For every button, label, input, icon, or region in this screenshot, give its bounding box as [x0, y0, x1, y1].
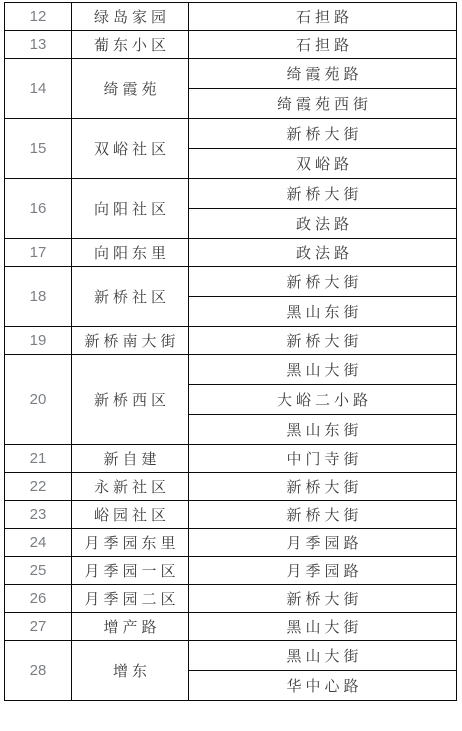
road-name-cell: 黑山大街 [189, 613, 457, 641]
row-number-cell: 19 [5, 327, 72, 355]
road-name-cell: 石担路 [189, 3, 457, 31]
road-name-cell: 绮霞苑西街 [189, 89, 457, 119]
table-row: 14绮霞苑绮霞苑路 [5, 59, 457, 89]
road-name-cell: 黑山大街 [189, 355, 457, 385]
row-number-cell: 17 [5, 239, 72, 267]
row-number-cell: 21 [5, 445, 72, 473]
table-row: 15双峪社区新桥大街 [5, 119, 457, 149]
road-name-cell: 绮霞苑路 [189, 59, 457, 89]
row-number-cell: 13 [5, 31, 72, 59]
community-name-cell: 永新社区 [72, 473, 189, 501]
community-name-cell: 葡东小区 [72, 31, 189, 59]
table-row: 24月季园东里月季园路 [5, 529, 457, 557]
community-name-cell: 月季园东里 [72, 529, 189, 557]
road-name-cell: 新桥大街 [189, 179, 457, 209]
road-name-cell: 华中心路 [189, 671, 457, 701]
community-name-cell: 向阳社区 [72, 179, 189, 239]
table-row: 20新桥西区黑山大街 [5, 355, 457, 385]
community-name-cell: 向阳东里 [72, 239, 189, 267]
row-number-cell: 18 [5, 267, 72, 327]
table-row: 21新自建中门寺街 [5, 445, 457, 473]
row-number-cell: 14 [5, 59, 72, 119]
community-name-cell: 绿岛家园 [72, 3, 189, 31]
road-name-cell: 新桥大街 [189, 585, 457, 613]
table-row: 26月季园二区新桥大街 [5, 585, 457, 613]
document-page: 12绿岛家园石担路13葡东小区石担路14绮霞苑绮霞苑路绮霞苑西街15双峪社区新桥… [0, 0, 462, 701]
road-name-cell: 新桥大街 [189, 267, 457, 297]
table-row: 18新桥社区新桥大街 [5, 267, 457, 297]
table-row: 23峪园社区新桥大街 [5, 501, 457, 529]
table-row: 12绿岛家园石担路 [5, 3, 457, 31]
community-name-cell: 双峪社区 [72, 119, 189, 179]
row-number-cell: 26 [5, 585, 72, 613]
community-road-table: 12绿岛家园石担路13葡东小区石担路14绮霞苑绮霞苑路绮霞苑西街15双峪社区新桥… [4, 2, 457, 701]
table-row: 19新桥南大街新桥大街 [5, 327, 457, 355]
road-name-cell: 月季园路 [189, 529, 457, 557]
community-name-cell: 新桥社区 [72, 267, 189, 327]
table-row: 22永新社区新桥大街 [5, 473, 457, 501]
table-row: 17向阳东里政法路 [5, 239, 457, 267]
table-row: 28增东黑山大街 [5, 641, 457, 671]
road-name-cell: 黑山东街 [189, 415, 457, 445]
community-name-cell: 新自建 [72, 445, 189, 473]
row-number-cell: 16 [5, 179, 72, 239]
community-name-cell: 绮霞苑 [72, 59, 189, 119]
row-number-cell: 24 [5, 529, 72, 557]
table-row: 27增产路黑山大街 [5, 613, 457, 641]
road-name-cell: 月季园路 [189, 557, 457, 585]
community-name-cell: 增东 [72, 641, 189, 701]
road-name-cell: 大峪二小路 [189, 385, 457, 415]
row-number-cell: 20 [5, 355, 72, 445]
road-name-cell: 政法路 [189, 209, 457, 239]
road-name-cell: 政法路 [189, 239, 457, 267]
table-row: 16向阳社区新桥大街 [5, 179, 457, 209]
road-name-cell: 黑山大街 [189, 641, 457, 671]
row-number-cell: 22 [5, 473, 72, 501]
row-number-cell: 12 [5, 3, 72, 31]
community-name-cell: 新桥南大街 [72, 327, 189, 355]
row-number-cell: 28 [5, 641, 72, 701]
row-number-cell: 25 [5, 557, 72, 585]
community-name-cell: 月季园二区 [72, 585, 189, 613]
row-number-cell: 27 [5, 613, 72, 641]
table-row: 13葡东小区石担路 [5, 31, 457, 59]
road-name-cell: 新桥大街 [189, 327, 457, 355]
road-name-cell: 新桥大街 [189, 119, 457, 149]
road-name-cell: 黑山东街 [189, 297, 457, 327]
road-name-cell: 中门寺街 [189, 445, 457, 473]
community-name-cell: 峪园社区 [72, 501, 189, 529]
table-row: 25月季园一区月季园路 [5, 557, 457, 585]
road-name-cell: 新桥大街 [189, 473, 457, 501]
road-name-cell: 双峪路 [189, 149, 457, 179]
row-number-cell: 15 [5, 119, 72, 179]
road-name-cell: 石担路 [189, 31, 457, 59]
row-number-cell: 23 [5, 501, 72, 529]
community-name-cell: 月季园一区 [72, 557, 189, 585]
road-name-cell: 新桥大街 [189, 501, 457, 529]
community-name-cell: 增产路 [72, 613, 189, 641]
community-name-cell: 新桥西区 [72, 355, 189, 445]
table-body: 12绿岛家园石担路13葡东小区石担路14绮霞苑绮霞苑路绮霞苑西街15双峪社区新桥… [5, 3, 457, 701]
